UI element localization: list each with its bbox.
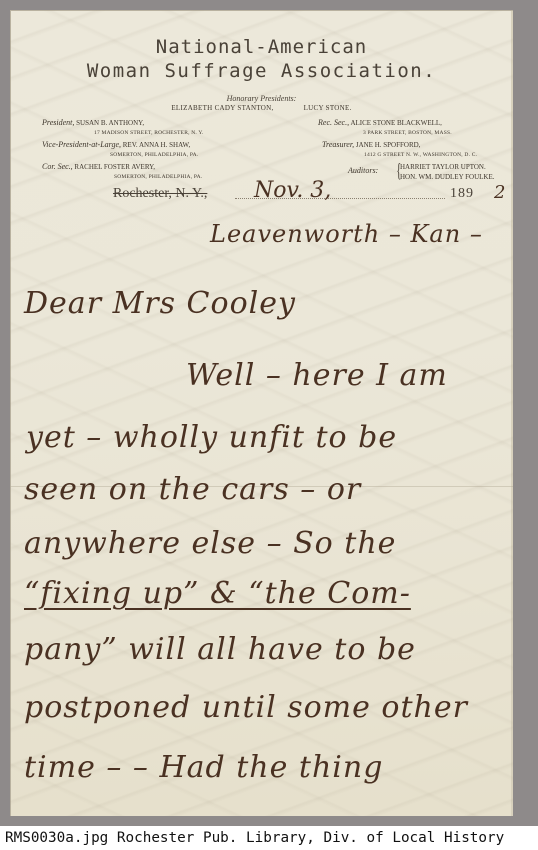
letter-line: yet – wholly unfit to be [26, 420, 397, 455]
officer-role: Auditors: [348, 166, 378, 175]
brace-icon: { [396, 161, 401, 181]
auditor-name: HON. WM. DUDLEY FOULKE. [400, 172, 495, 182]
officer-address: 1412 G STREET N. W., WASHINGTON, D. C. [322, 150, 477, 160]
officer-corresponding-secretary: Cor. Sec., RACHEL FOSTER AVERY, SOMERTON… [42, 162, 202, 182]
letter-line: pany” will all have to be [24, 632, 416, 667]
officer-name: ALICE STONE BLACKWELL, [350, 119, 441, 127]
officer-vice-president: Vice-President-at-Large, REV. ANNA H. SH… [42, 140, 198, 160]
honorary-president-name: ELIZABETH CADY STANTON, [171, 104, 273, 112]
officer-president: President, SUSAN B. ANTHONY, 17 MADISON … [42, 118, 203, 138]
letterhead-title-line1: National-American [10, 36, 513, 58]
image-caption: RMS0030a.jpg Rochester Pub. Library, Div… [0, 826, 538, 850]
letter-line: postponed until some other [24, 690, 468, 725]
officer-role: Rec. Sec., [318, 118, 349, 127]
officer-role: President, [42, 118, 74, 127]
handwritten-place: Leavenworth – Kan – [210, 220, 483, 248]
officer-auditors: Auditors: { HARRIET TAYLOR UPTON. HON. W… [400, 162, 495, 182]
officer-role: Cor. Sec., [42, 162, 73, 171]
officer-name: REV. ANNA H. SHAW, [123, 141, 191, 149]
printed-year-prefix: 189 [450, 186, 474, 202]
letter-line: “fixing up” & “the Com- [24, 576, 411, 611]
officer-name: JANE H. SPOFFORD, [356, 141, 421, 149]
honorary-presidents-label: Honorary Presidents: [10, 94, 513, 103]
letter-line: Well – here I am [186, 358, 448, 393]
handwritten-date: Nov. 3, [254, 178, 331, 203]
officer-treasurer: Treasurer, JANE H. SPOFFORD, 1412 G STRE… [322, 140, 477, 160]
officer-name: SUSAN B. ANTHONY, [76, 119, 144, 127]
officer-address: SOMERTON, PHILADELPHIA, PA. [42, 150, 198, 160]
honorary-president-name: LUCY STONE. [304, 104, 352, 112]
honorary-presidents-names: ELIZABETH CADY STANTON, LUCY STONE. [10, 104, 513, 112]
letter-page: National-American Woman Suffrage Associa… [10, 10, 513, 816]
letter-salutation: Dear Mrs Cooley [24, 286, 296, 321]
officer-role: Treasurer, [322, 140, 354, 149]
letterhead-title-line2: Woman Suffrage Association. [10, 60, 513, 82]
officer-address: 3 PARK STREET, BOSTON, MASS. [318, 128, 452, 138]
handwritten-year-digit: 2 [494, 182, 505, 203]
printed-city-struck-through: Rochester, N. Y., [113, 186, 207, 202]
officer-recording-secretary: Rec. Sec., ALICE STONE BLACKWELL, 3 PARK… [318, 118, 452, 138]
officer-role: Vice-President-at-Large, [42, 140, 121, 149]
officer-name: RACHEL FOSTER AVERY, [74, 163, 155, 171]
auditor-name: HARRIET TAYLOR UPTON. [400, 162, 495, 172]
letter-line: time – – Had the thing [24, 750, 383, 785]
letter-line: anywhere else – So the [24, 526, 396, 561]
officer-address: SOMERTON, PHILADELPHIA, PA. [42, 172, 202, 182]
officer-address: 17 MADISON STREET, ROCHESTER, N. Y. [42, 128, 203, 138]
letter-line: seen on the cars – or [24, 472, 361, 507]
